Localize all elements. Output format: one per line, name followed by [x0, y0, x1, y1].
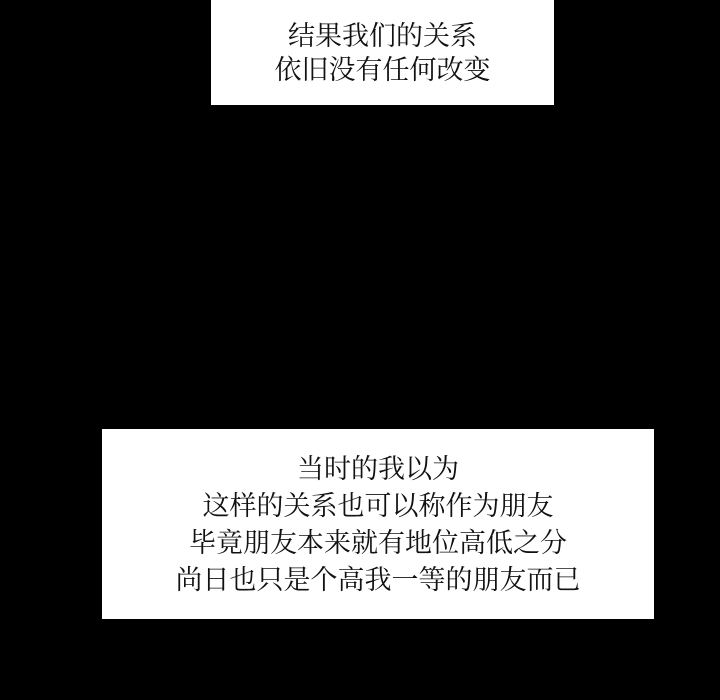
- caption-line: 这样的关系也可以称作为朋友: [203, 488, 554, 525]
- caption-box-bottom: 当时的我以为 这样的关系也可以称作为朋友 毕竟朋友本来就有地位高低之分 尚日也只…: [102, 429, 654, 619]
- caption-line: 尚日也只是个高我一等的朋友而已: [176, 562, 581, 599]
- caption-box-top: 结果我们的关系 依旧没有任何改变: [211, 0, 554, 105]
- caption-line: 结果我们的关系: [288, 20, 477, 54]
- caption-line: 当时的我以为: [297, 451, 459, 488]
- caption-line: 毕竟朋友本来就有地位高低之分: [189, 525, 567, 562]
- caption-line: 依旧没有任何改变: [275, 54, 491, 88]
